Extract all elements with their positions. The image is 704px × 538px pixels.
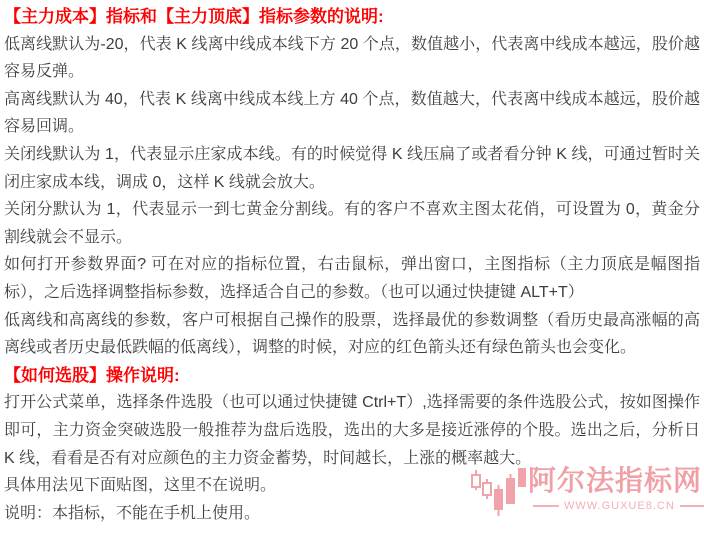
section2-paragraph-usage-note: 具体用法见下面贴图，这里不在说明。	[4, 472, 700, 500]
section1-paragraph-close-line: 关闭线默认为 1，代表显示庄家成本线。有的时候觉得 K 线压扁了或者看分钟 K …	[4, 141, 700, 196]
section2-paragraph-stock-picking: 打开公式菜单，选择条件选股（也可以通过快捷键 Ctrl+T）,选择需要的条件选股…	[4, 389, 700, 472]
section2-heading: 【如何选股】操作说明:	[4, 362, 700, 390]
section2-paragraph-mobile-note: 说明：本指标，不能在手机上使用。	[4, 500, 700, 528]
section1-paragraph-adjust-params: 低离线和高离线的参数，客户可根据自己操作的股票，选择最优的参数调整（看历史最高涨…	[4, 307, 700, 362]
section1-paragraph-open-params: 如何打开参数界面? 可在对应的指标位置，右击鼠标，弹出窗口，主图指标（主力顶底是…	[4, 251, 700, 306]
section1-paragraph-high-line: 高离线默认为 40，代表 K 线离中线成本线上方 40 个点，数值越大，代表离中…	[4, 86, 700, 141]
section1-paragraph-low-line: 低离线默认为-20，代表 K 线离中线成本线下方 20 个点，数值越小，代表离中…	[4, 31, 700, 86]
section1-paragraph-golden-section: 关闭分默认为 1，代表显示一到七黄金分割线。有的客户不喜欢主图太花俏，可设置为 …	[4, 196, 700, 251]
section1-heading: 【主力成本】指标和【主力顶底】指标参数的说明:	[4, 3, 700, 31]
document-body: 【主力成本】指标和【主力顶底】指标参数的说明: 低离线默认为-20，代表 K 线…	[4, 3, 700, 527]
